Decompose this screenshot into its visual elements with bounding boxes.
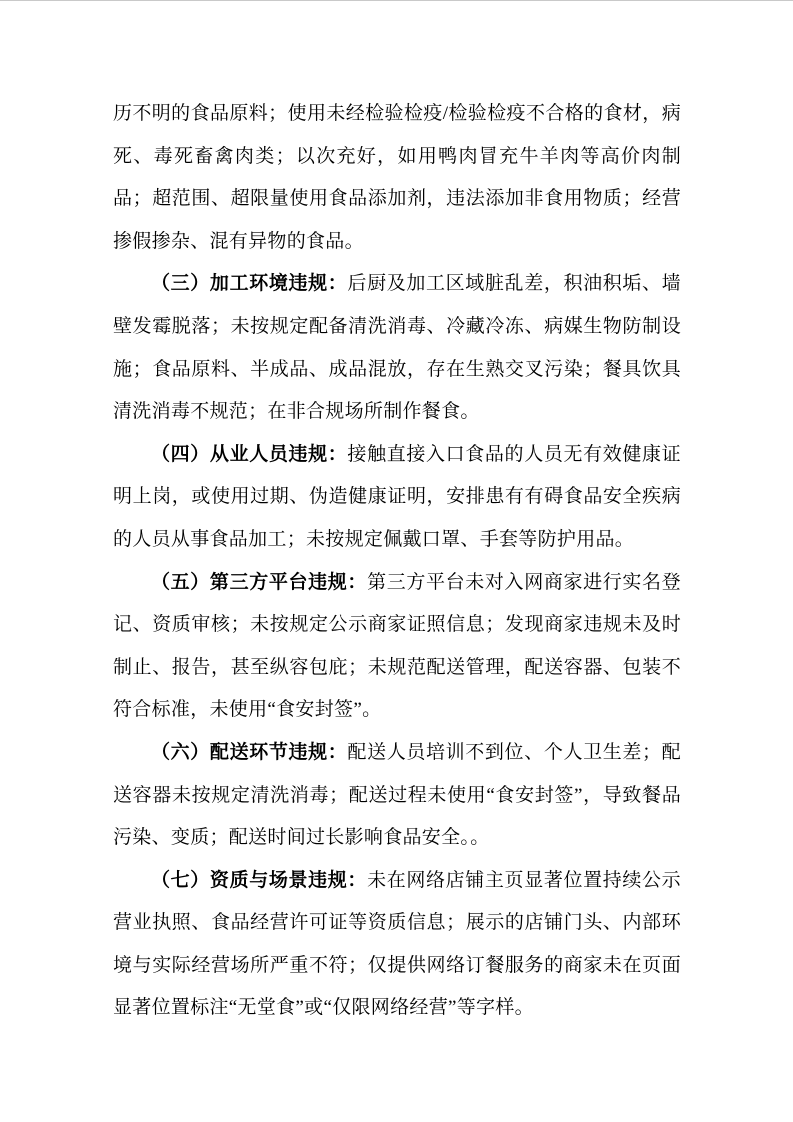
paragraph-section-6: （六）配送环节违规：配送人员培训不到位、个人卫生差；配送容器未按规定清洗消毒；配… — [113, 732, 681, 860]
section-heading: （七）资质与场景违规： — [151, 870, 367, 891]
section-heading: （三）加工环境违规： — [151, 273, 347, 294]
paragraph-section-7: （七）资质与场景违规：未在网络店铺主页显著位置持续公示营业执照、食品经营许可证等… — [113, 860, 681, 1030]
section-heading: （五）第三方平台违规： — [151, 572, 367, 593]
paragraph-text: 后厨及加工区域脏乱差，积油积垢、墙壁发霉脱落；未按规定配备清洗消毒、冷藏冷冻、病… — [113, 273, 681, 422]
section-heading: （六）配送环节违规： — [151, 742, 347, 763]
paragraph-text: 未在网络店铺主页显著位置持续公示营业执照、食品经营许可证等资质信息；展示的店铺门… — [113, 870, 681, 1019]
paragraph-section-5: （五）第三方平台违规：第三方平台未对入网商家进行实名登记、资质审核；未按规定公示… — [113, 562, 681, 732]
paragraph-text: 历不明的食品原料；使用未经检验检疫/检验检疫不合格的食材，病死、毒死畜禽肉类；以… — [113, 103, 681, 252]
section-heading: （四）从业人员违规： — [151, 444, 347, 465]
paragraph-text: 第三方平台未对入网商家进行实名登记、资质审核；未按规定公示商家证照信息；发现商家… — [113, 572, 681, 721]
paragraph-section-4: （四）从业人员违规：接触直接入口食品的人员无有效健康证明上岗，或使用过期、伪造健… — [113, 434, 681, 562]
document-page: 历不明的食品原料；使用未经检验检疫/检验检疫不合格的食材，病死、毒死畜禽肉类；以… — [0, 0, 793, 1122]
paragraph-continuation: 历不明的食品原料；使用未经检验检疫/检验检疫不合格的食材，病死、毒死畜禽肉类；以… — [113, 93, 681, 263]
paragraph-section-3: （三）加工环境违规：后厨及加工区域脏乱差，积油积垢、墙壁发霉脱落；未按规定配备清… — [113, 263, 681, 433]
